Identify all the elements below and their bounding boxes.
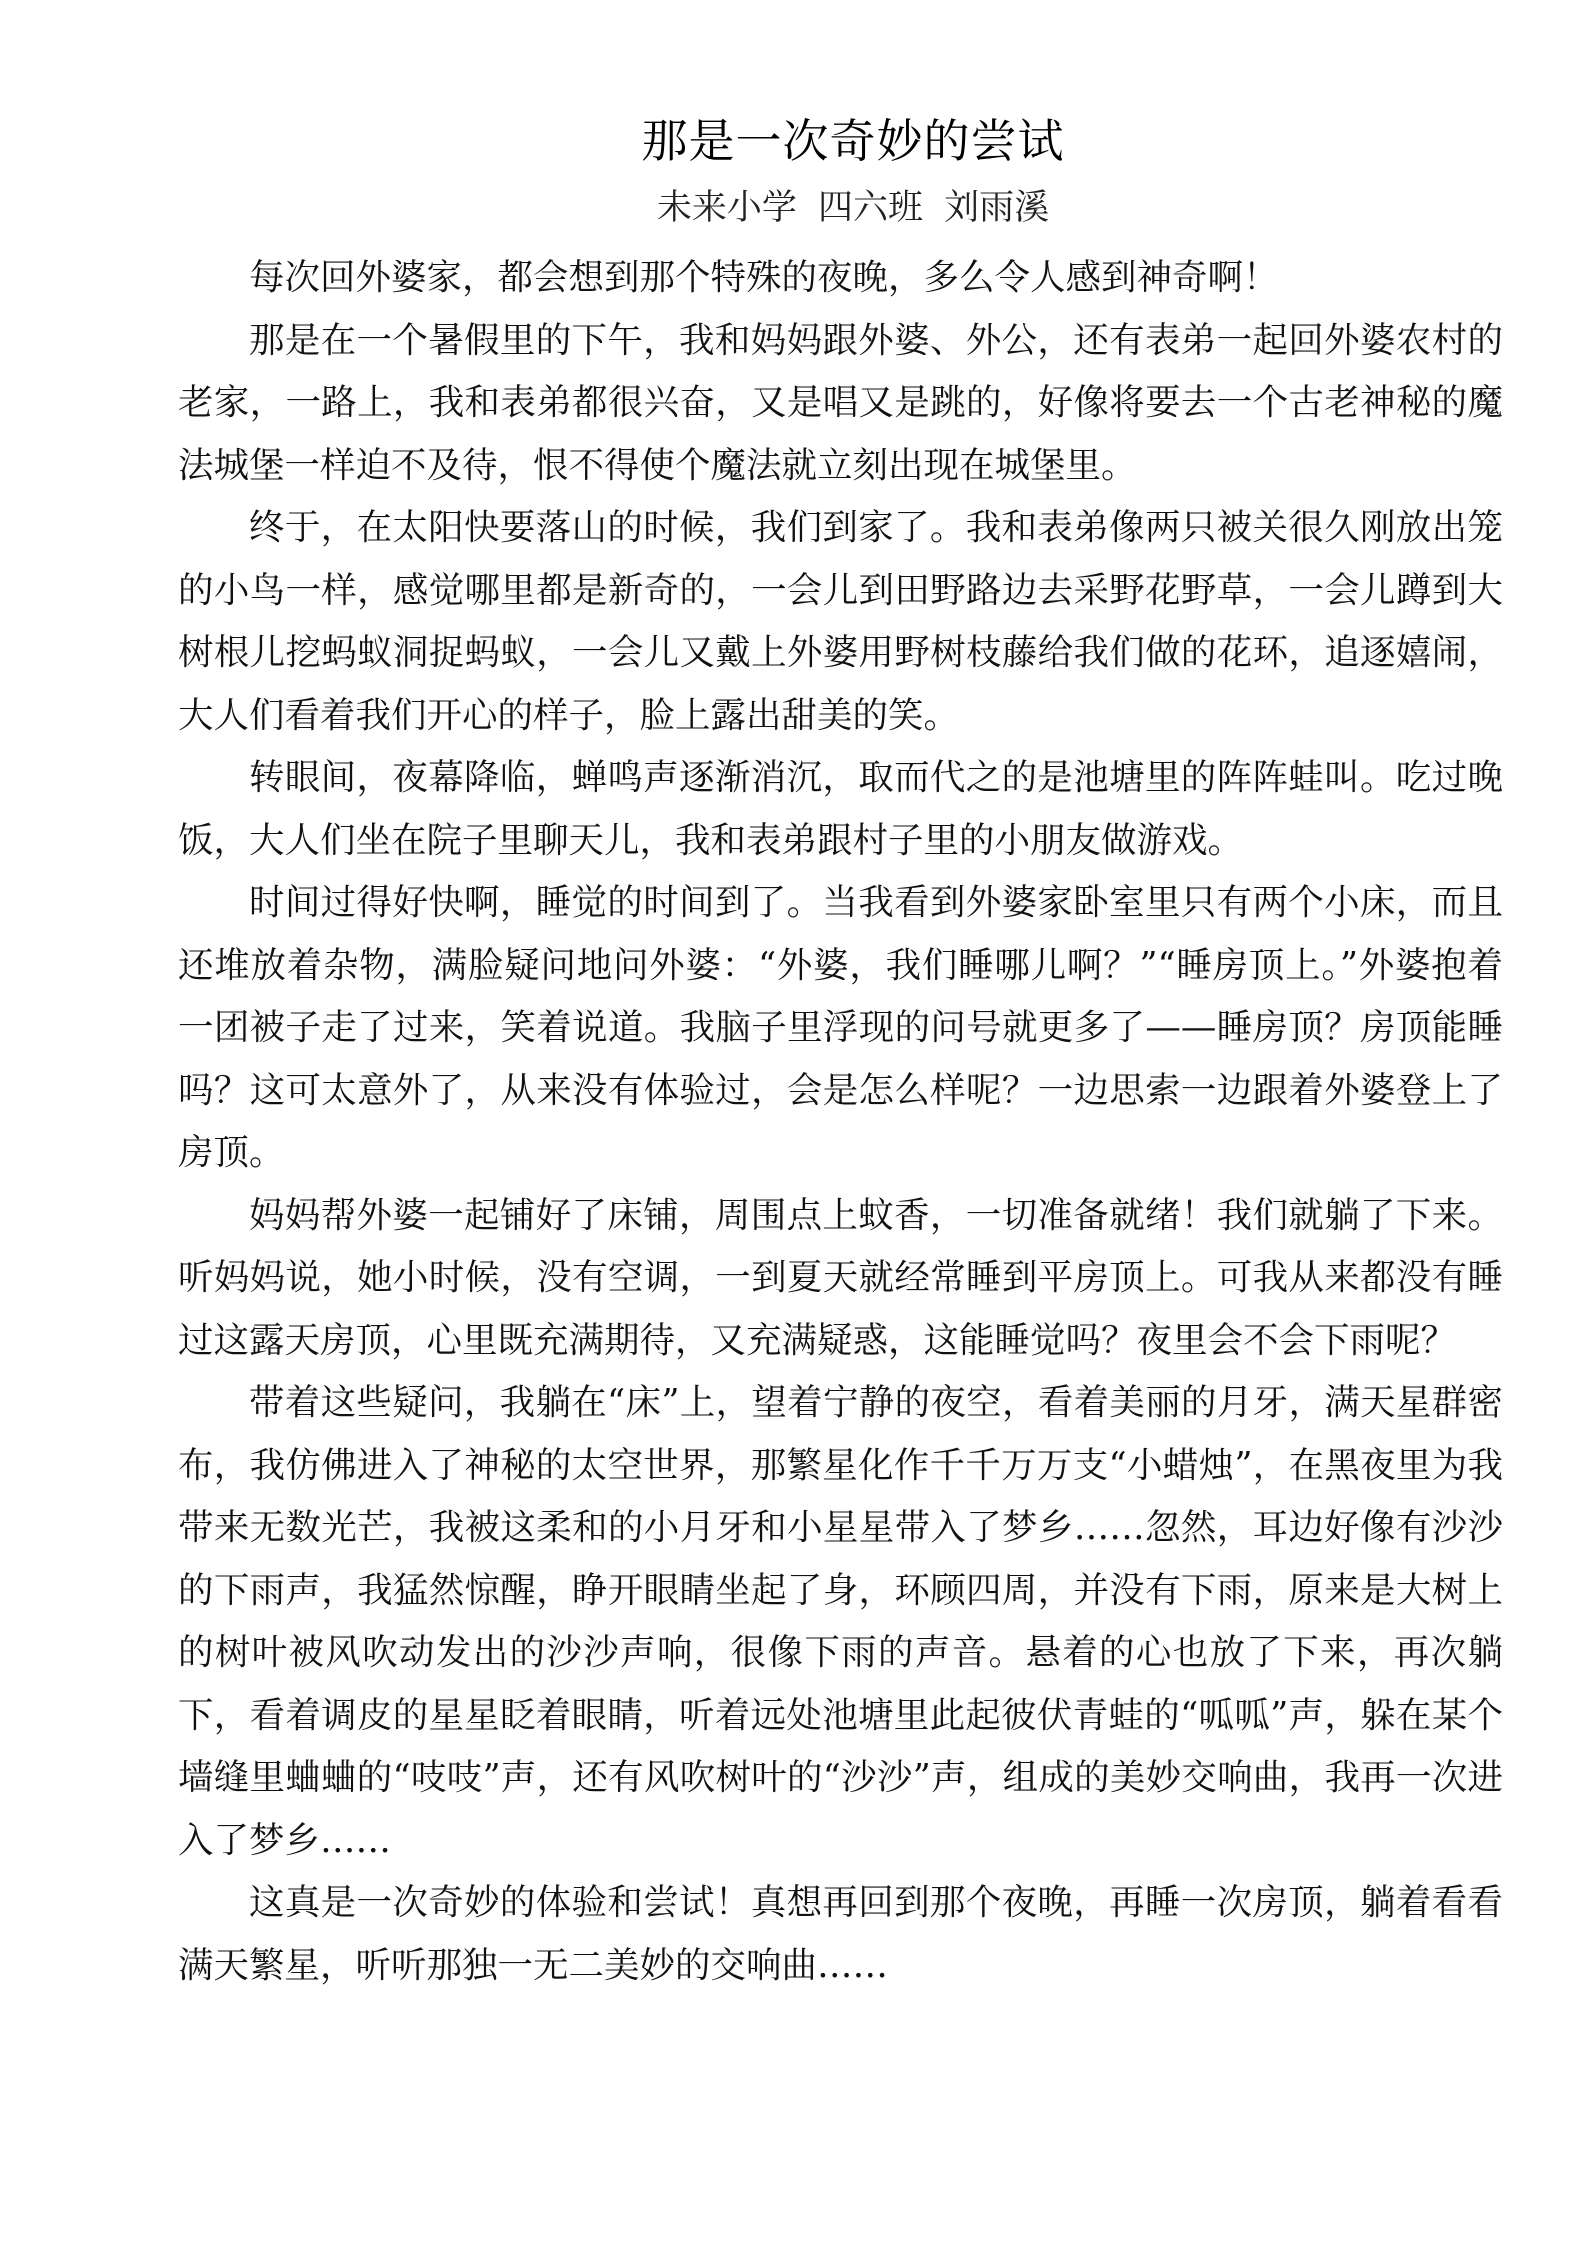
paragraph-8: 这真是一次奇妙的体验和尝试！真想再回到那个夜晚，再睡一次房顶，躺着看看满天繁星，…: [178, 1872, 1503, 1997]
document-title: 那是一次奇妙的尝试: [203, 105, 1503, 177]
paragraph-2: 那是在一个暑假里的下午，我和妈妈跟外婆、外公，还有表弟一起回外婆农村的老家，一路…: [178, 310, 1503, 498]
document-page: 那是一次奇妙的尝试 未来小学 四六班 刘雨溪 每次回外婆家，都会想到那个特殊的夜…: [178, 105, 1503, 1997]
paragraph-1: 每次回外婆家，都会想到那个特殊的夜晚，多么令人感到神奇啊！: [178, 247, 1503, 310]
paragraph-3: 终于，在太阳快要落山的时候，我们到家了。我和表弟像两只被关很久刚放出笼的小鸟一样…: [178, 497, 1503, 747]
paragraph-7: 带着这些疑问，我躺在“床”上，望着宁静的夜空，看着美丽的月牙，满天星群密布，我仿…: [178, 1372, 1503, 1872]
author-byline: 未来小学 四六班 刘雨溪: [203, 177, 1503, 239]
paragraph-4: 转眼间，夜幕降临，蝉鸣声逐渐消沉，取而代之的是池塘里的阵阵蛙叫。吃过晚饭，大人们…: [178, 747, 1503, 872]
paragraph-6: 妈妈帮外婆一起铺好了床铺，周围点上蚊香，一切准备就绪！我们就躺了下来。听妈妈说，…: [178, 1185, 1503, 1373]
paragraph-5: 时间过得好快啊，睡觉的时间到了。当我看到外婆家卧室里只有两个小床，而且还堆放着杂…: [178, 872, 1503, 1185]
